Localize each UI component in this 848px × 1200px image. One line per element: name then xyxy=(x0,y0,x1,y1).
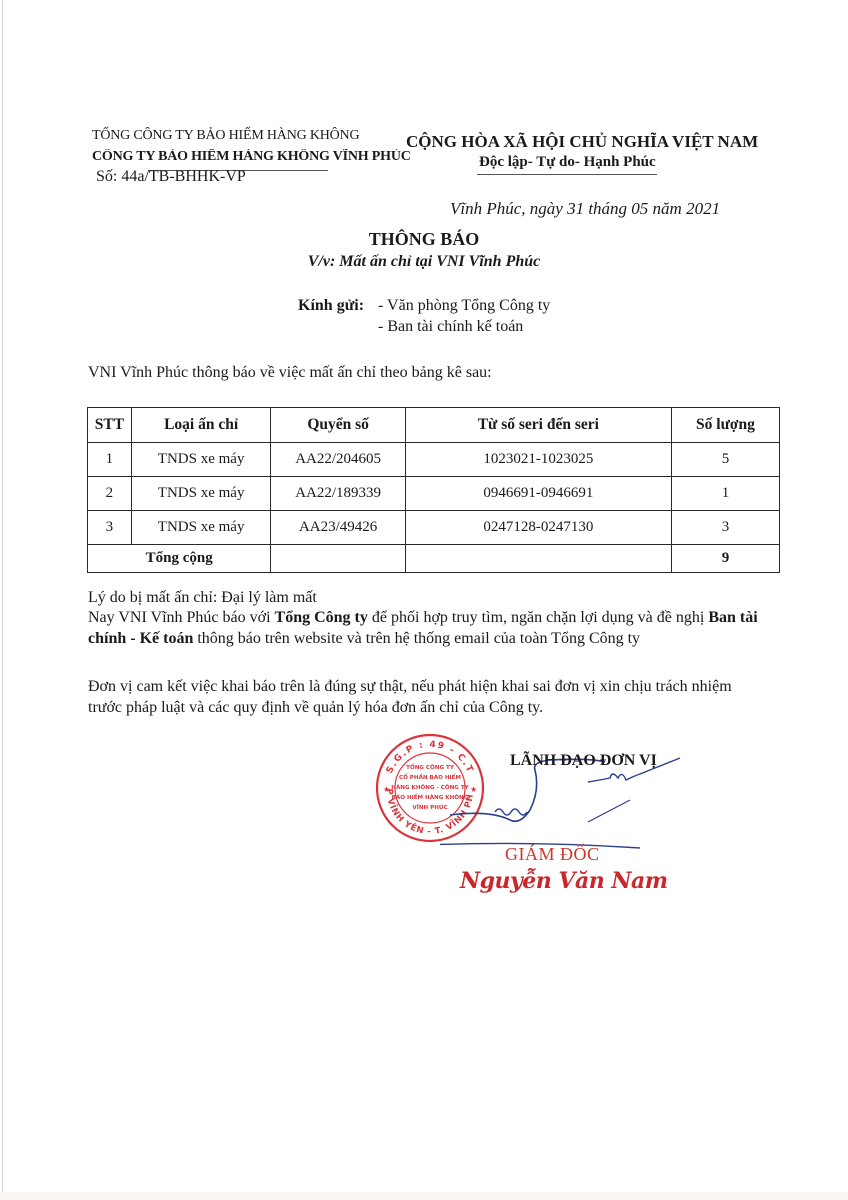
signer-name: Nguyễn Văn Nam xyxy=(460,868,668,894)
total-label: Tổng cộng xyxy=(88,545,271,573)
total-empty-cell xyxy=(405,545,671,573)
header-stt: STT xyxy=(88,408,132,443)
svg-text:★: ★ xyxy=(383,785,390,794)
cell-type: TNDS xe máy xyxy=(131,477,271,511)
table-row: 1 TNDS xe máy AA22/204605 1023021-102302… xyxy=(88,443,780,477)
loss-reason: Lý do bị mất ấn chỉ: Đại lý làm mất xyxy=(88,587,317,608)
bold-recipient: Tổng Công ty xyxy=(275,609,368,626)
table-row: 3 TNDS xe máy AA23/49426 0247128-0247130… xyxy=(88,511,780,545)
cell-book: AA22/204605 xyxy=(271,443,405,477)
page-edge xyxy=(2,0,3,1192)
national-motto: Độc lập- Tự do- Hạnh Phúc xyxy=(479,154,656,171)
table-header-row: STT Loại ấn chỉ Quyển số Từ số seri đến … xyxy=(88,408,780,443)
cell-quantity: 1 xyxy=(671,477,779,511)
parent-organization: TỔNG CÔNG TY BẢO HIỂM HÀNG KHÔNG xyxy=(92,128,359,144)
organization-name: CÔNG TY BẢO HIỂM HÀNG KHÔNG VĨNH PHÚC xyxy=(92,149,410,165)
header-serial: Từ số seri đến seri xyxy=(405,408,671,443)
signer-position: GIÁM ĐỐC xyxy=(505,844,600,865)
cell-book: AA22/189339 xyxy=(271,477,405,511)
cell-serial: 0946691-0946691 xyxy=(405,477,671,511)
text-span: thông báo trên website và trên hệ thống … xyxy=(193,630,640,647)
request-paragraph: Nay VNI Vĩnh Phúc báo với Tổng Công ty đ… xyxy=(88,607,758,649)
motto-underline xyxy=(477,174,657,175)
intro-text: VNI Vĩnh Phúc thông báo về việc mất ấn c… xyxy=(88,364,492,382)
cell-serial: 0247128-0247130 xyxy=(405,511,671,545)
cell-stt: 2 xyxy=(88,477,132,511)
text-span: Nay VNI Vĩnh Phúc báo với xyxy=(88,609,275,626)
table-total-row: Tổng cộng 9 xyxy=(88,545,780,573)
national-title: CỘNG HÒA XÃ HỘI CHỦ NGHĨA VIỆT NAM xyxy=(406,132,758,152)
cell-type: TNDS xe máy xyxy=(131,443,271,477)
commitment-paragraph: Đơn vị cam kết việc khai báo trên là đún… xyxy=(88,676,768,718)
cell-stt: 3 xyxy=(88,511,132,545)
table-row: 2 TNDS xe máy AA22/189339 0946691-094669… xyxy=(88,477,780,511)
total-quantity: 9 xyxy=(671,545,779,573)
header-book: Quyển số xyxy=(271,408,405,443)
leader-title: LÃNH ĐẠO ĐƠN VỊ xyxy=(510,752,657,770)
page-bottom-edge xyxy=(0,1192,848,1200)
recipients-label: Kính gửi: xyxy=(298,297,364,315)
header-quantity: Số lượng xyxy=(671,408,779,443)
cell-type: TNDS xe máy xyxy=(131,511,271,545)
cell-book: AA23/49426 xyxy=(271,511,405,545)
lost-documents-table: STT Loại ấn chỉ Quyển số Từ số seri đến … xyxy=(87,407,780,573)
document-subject: V/v: Mất ấn chỉ tại VNI Vĩnh Phúc xyxy=(0,253,848,271)
text-span: để phối hợp truy tìm, ngăn chặn lợi dụng… xyxy=(368,609,708,626)
document-title: THÔNG BÁO xyxy=(0,229,848,250)
header-type: Loại ấn chỉ xyxy=(131,408,271,443)
cell-quantity: 5 xyxy=(671,443,779,477)
cell-serial: 1023021-1023025 xyxy=(405,443,671,477)
total-empty-cell xyxy=(271,545,405,573)
cell-stt: 1 xyxy=(88,443,132,477)
recipient: - Ban tài chính kế toán xyxy=(378,318,523,336)
document-number: Số: 44a/TB-BHHK-VP xyxy=(96,168,246,186)
recipient: - Văn phòng Tổng Công ty xyxy=(378,297,550,315)
date-place: Vĩnh Phúc, ngày 31 tháng 05 năm 2021 xyxy=(450,199,720,219)
cell-quantity: 3 xyxy=(671,511,779,545)
